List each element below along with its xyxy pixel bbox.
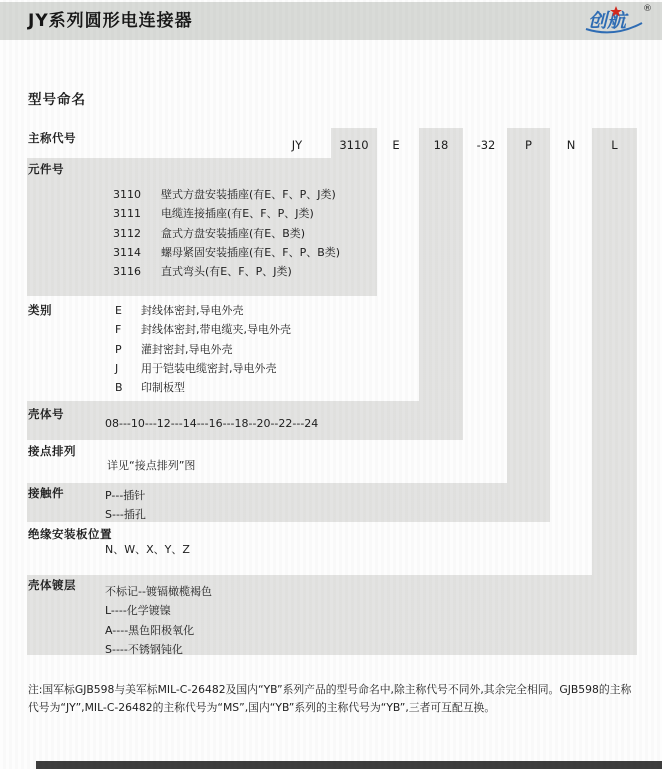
list-item: 3112盒式方盘安装插座(有E、B类) [113,224,340,243]
item-desc: 盒式方盘安装插座(有E、B类) [161,224,305,243]
code-32: -32 [464,128,508,162]
item-code: 3114 [113,243,147,262]
list-item: 不标记--镀镉橄榄褐色 [105,582,212,601]
item-code: 3112 [113,224,147,243]
code-18: 18 [419,128,463,162]
list-item: 3114螺母紧固安装插座(有E、F、P、B类) [113,243,340,262]
brand-logo: 创航 ® [580,2,656,40]
page-header-title: JY系列圆形电连接器 [28,2,193,40]
item-desc: 封线体密封,导电外壳 [141,301,244,320]
list-item: A----黑色阳极氧化 [105,621,212,640]
label-shell-no: 壳体号 [28,406,64,422]
list-item: 3111电缆连接插座(有E、F、P、J类) [113,204,340,223]
item-desc: 用于铠装电缆密封,导电外壳 [141,359,277,378]
list-item: 3110壁式方盘安装插座(有E、F、P、J类) [113,185,340,204]
category-list: E封线体密封,导电外壳 F封线体密封,带电缆夹,导电外壳 P灌封密封,导电外壳 … [115,301,291,397]
item-desc: 印制板型 [141,378,185,397]
list-item: P灌封密封,导电外壳 [115,340,291,359]
item-code: B [115,378,127,397]
code-P: P [507,128,550,162]
list-item: S----不锈钢钝化 [105,640,212,659]
footer-bar [36,761,662,769]
item-code: 3116 [113,262,147,281]
contacts-list: P---插针 S---插孔 [105,486,146,525]
list-item: E封线体密封,导电外壳 [115,301,291,320]
column-L [592,128,637,575]
brand-logo-icon: 创航 ® [580,2,656,40]
registered-mark: ® [643,4,652,14]
label-category: 类别 [28,302,52,318]
list-item: 3116直式弯头(有E、F、P、J类) [113,262,340,281]
code-E: E [374,128,418,162]
list-item: B印制板型 [115,378,291,397]
item-desc: 电缆连接插座(有E、F、P、J类) [161,204,314,223]
component-list: 3110壁式方盘安装插座(有E、F、P、J类) 3111电缆连接插座(有E、F、… [113,185,340,281]
label-shell-plating: 壳体镀层 [28,577,76,593]
item-desc: 直式弯头(有E、F、P、J类) [161,262,292,281]
code-JY: JY [275,128,319,162]
item-code: J [115,359,127,378]
contact-arrangement-note: 详见“接点排列”图 [107,457,195,473]
catalog-page: JY系列圆形电连接器 创航 ® 型号命名 .band{left:27px;} 主… [0,0,662,769]
item-desc: 封线体密封,带电缆夹,导电外壳 [141,320,291,339]
list-item: J用于铠装电缆密封,导电外壳 [115,359,291,378]
item-desc: 灌封密封,导电外壳 [141,340,233,359]
section-title: 型号命名 [28,88,86,108]
list-item: F封线体密封,带电缆夹,导电外壳 [115,320,291,339]
code-3110: 3110 [331,128,377,162]
code-N: N [549,128,593,162]
item-code: 3110 [113,185,147,204]
list-item: S---插孔 [105,505,146,524]
item-code: F [115,320,127,339]
label-contact-arrangement: 接点排列 [28,443,76,459]
item-desc: 螺母紧固安装插座(有E、F、P、B类) [161,243,340,262]
item-code: P [115,340,127,359]
item-code: E [115,301,127,320]
list-item: P---插针 [105,486,146,505]
logo-text: 创航 [588,10,629,32]
label-main-code: 主称代号 [28,130,76,146]
plating-list: 不标记--镀镉橄榄褐色 L----化学镀镍 A----黑色阳极氧化 S----不… [105,582,212,659]
footnote: 注:国军标GJB598与美军标MIL-C-26482及国内“YB”系列产品的型号… [28,681,640,716]
column-P [507,128,550,483]
item-desc: 壁式方盘安装插座(有E、F、P、J类) [161,185,336,204]
page-header: JY系列圆形电连接器 创航 ® [0,2,662,40]
list-item: L----化学镀镍 [105,601,212,620]
insulator-position-values: N、W、X、Y、Z [105,541,190,557]
label-contacts: 接触件 [28,485,64,501]
label-component-no: 元件号 [28,161,64,177]
code-L: L [592,128,637,162]
column-18 [419,128,463,401]
shell-no-values: 08---10---12---14---16---18--20--22---24 [105,417,318,430]
label-insulator-position: 绝缘安装板位置 [28,526,112,542]
item-code: 3111 [113,204,147,223]
